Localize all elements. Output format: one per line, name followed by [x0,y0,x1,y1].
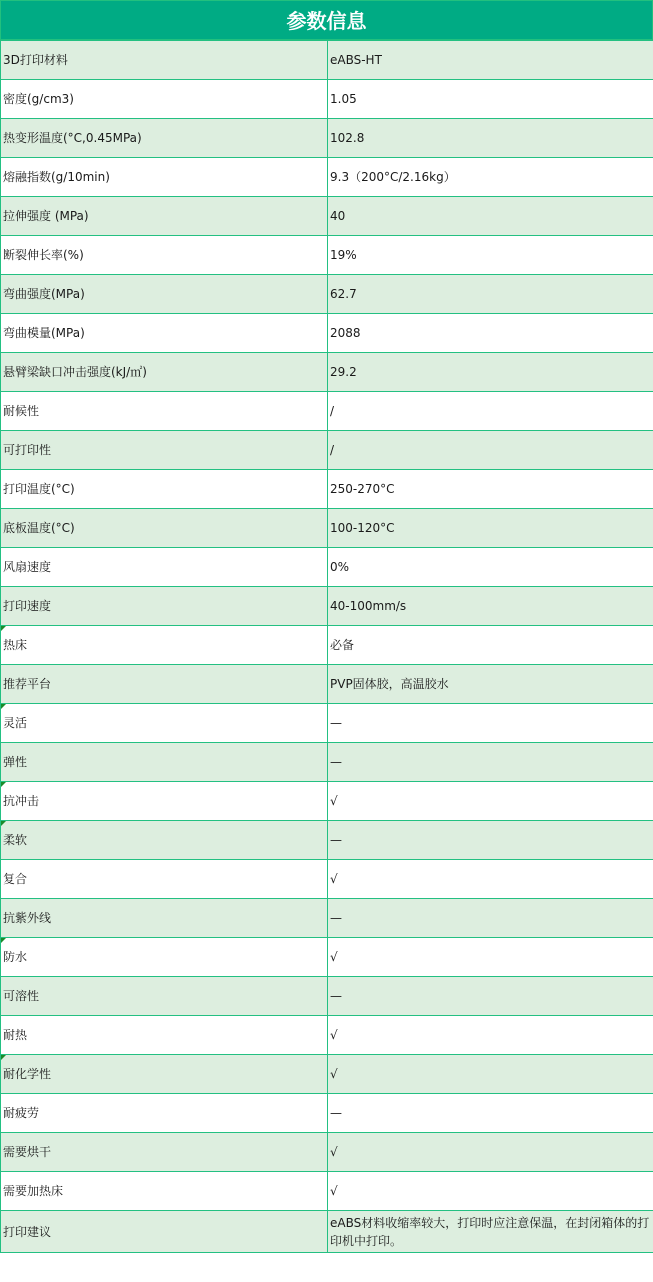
param-value: / [330,443,334,457]
param-name: 柔软 [3,833,27,847]
param-value: 40-100mm/s [330,599,406,613]
param-value: √ [330,950,338,964]
param-value-cell[interactable]: 29.2 [328,353,653,392]
table-row: 拉伸强度 (MPa)40 [1,197,653,236]
param-value-cell[interactable]: 9.3（200°C/2.16kg） [328,158,653,197]
table-row: 底板温度(°C)100-120°C [1,509,653,548]
param-name-cell[interactable]: 打印建议 [1,1211,328,1253]
param-value: — [330,1106,342,1120]
comment-marker-icon [1,626,6,631]
table-row: 柔软— [1,821,653,860]
param-value-cell[interactable]: PVP固体胶，高温胶水 [328,665,653,704]
param-value: √ [330,1067,338,1081]
param-value-cell[interactable]: / [328,431,653,470]
param-name: 打印温度(°C) [3,482,75,496]
param-name: 推荐平台 [3,677,51,691]
param-name: 风扇速度 [3,560,51,574]
param-name: 灵活 [3,716,27,730]
comment-marker-icon [1,938,6,943]
param-value-cell[interactable]: — [328,821,653,860]
param-value-cell[interactable]: √ [328,1133,653,1172]
param-value-cell[interactable]: 19% [328,236,653,275]
param-name-cell[interactable]: 需要加热床 [1,1172,328,1211]
param-value-cell[interactable]: eABS材料收缩率较大，打印时应注意保温，在封闭箱体的打印机中打印。 [328,1211,653,1253]
param-value: 29.2 [330,365,357,379]
table-row: 打印速度40-100mm/s [1,587,653,626]
param-value-cell[interactable]: 40 [328,197,653,236]
table-row: 打印建议eABS材料收缩率较大，打印时应注意保温，在封闭箱体的打印机中打印。 [1,1211,653,1253]
param-value-cell[interactable]: 62.7 [328,275,653,314]
param-name-cell[interactable]: 风扇速度 [1,548,328,587]
table-row: 密度(g/cm3)1.05 [1,80,653,119]
param-value: 19% [330,248,357,262]
param-name-cell[interactable]: 底板温度(°C) [1,509,328,548]
table-row: 热变形温度(°C,0.45MPa)102.8 [1,119,653,158]
param-name: 拉伸强度 (MPa) [3,209,89,223]
param-name-cell[interactable]: 柔软 [1,821,328,860]
param-name: 打印建议 [3,1225,51,1239]
param-value-cell[interactable]: √ [328,1055,653,1094]
param-value: — [330,755,342,769]
param-name: 可溶性 [3,989,39,1003]
table-row: 可打印性/ [1,431,653,470]
param-value-cell[interactable]: eABS-HT [328,41,653,80]
param-name: 弯曲模量(MPa) [3,326,85,340]
table-row: 耐候性/ [1,392,653,431]
param-name: 悬臂梁缺口冲击强度(kJ/㎡) [3,365,147,379]
param-name: 耐疲劳 [3,1106,39,1120]
param-value: 1.05 [330,92,357,106]
param-name: 耐化学性 [3,1067,51,1081]
param-name: 复合 [3,872,27,886]
table-row: 打印温度(°C)250-270°C [1,470,653,509]
param-name-cell[interactable]: 拉伸强度 (MPa) [1,197,328,236]
table-row: 需要加热床√ [1,1172,653,1211]
param-name: 热床 [3,638,27,652]
param-value: — [330,716,342,730]
param-value-cell[interactable]: √ [328,1172,653,1211]
param-value: 62.7 [330,287,357,301]
table-row: 需要烘干√ [1,1133,653,1172]
param-value-cell[interactable]: √ [328,782,653,821]
param-value-cell[interactable]: — [328,743,653,782]
table-row: 复合√ [1,860,653,899]
table-row: 耐热√ [1,1016,653,1055]
table-row: 热床必备 [1,626,653,665]
param-value-cell[interactable]: — [328,1094,653,1133]
comment-marker-icon [1,821,6,826]
table-row: 弹性— [1,743,653,782]
param-value-cell[interactable]: √ [328,860,653,899]
param-name-cell[interactable]: 弯曲强度(MPa) [1,275,328,314]
param-value: 100-120°C [330,521,395,535]
param-name: 需要烘干 [3,1145,51,1159]
param-value-cell[interactable]: √ [328,938,653,977]
param-name-cell[interactable]: 弯曲模量(MPa) [1,314,328,353]
param-name: 断裂伸长率(%) [3,248,84,262]
param-name: 密度(g/cm3) [3,92,74,106]
param-name-cell[interactable]: 推荐平台 [1,665,328,704]
param-value: √ [330,1184,338,1198]
param-name: 熔融指数(g/10min) [3,170,110,184]
parameter-sheet: 参数信息 3D打印材料eABS-HT密度(g/cm3)1.05热变形温度(°C,… [0,0,653,1253]
param-name-cell[interactable]: 熔融指数(g/10min) [1,158,328,197]
table-row: 灵活— [1,704,653,743]
sheet-title: 参数信息 [0,0,653,40]
param-name-cell[interactable]: 热床 [1,626,328,665]
table-row: 3D打印材料eABS-HT [1,41,653,80]
table-row: 弯曲强度(MPa)62.7 [1,275,653,314]
param-value-cell[interactable]: 1.05 [328,80,653,119]
param-value: 9.3（200°C/2.16kg） [330,170,456,184]
param-value-cell[interactable]: — [328,899,653,938]
param-value: 0% [330,560,349,574]
param-name-cell[interactable]: 断裂伸长率(%) [1,236,328,275]
param-name: 弯曲强度(MPa) [3,287,85,301]
param-value: eABS材料收缩率较大，打印时应注意保温，在封闭箱体的打印机中打印。 [330,1216,649,1248]
param-name: 热变形温度(°C,0.45MPa) [3,131,142,145]
param-name-cell[interactable]: 密度(g/cm3) [1,80,328,119]
table-row: 耐化学性√ [1,1055,653,1094]
param-name-cell[interactable]: 3D打印材料 [1,41,328,80]
param-name-cell[interactable]: 热变形温度(°C,0.45MPa) [1,119,328,158]
param-value-cell[interactable]: 40-100mm/s [328,587,653,626]
table-row: 熔融指数(g/10min)9.3（200°C/2.16kg） [1,158,653,197]
param-name-cell[interactable]: 悬臂梁缺口冲击强度(kJ/㎡) [1,353,328,392]
param-value: — [330,989,342,1003]
param-name-cell[interactable]: 复合 [1,860,328,899]
table-row: 防水√ [1,938,653,977]
param-value-cell[interactable]: √ [328,1016,653,1055]
param-name: 打印速度 [3,599,51,613]
table-row: 断裂伸长率(%)19% [1,236,653,275]
param-value-cell[interactable]: 2088 [328,314,653,353]
param-value-cell[interactable]: 0% [328,548,653,587]
param-name: 抗冲击 [3,794,39,808]
param-value-cell[interactable]: / [328,392,653,431]
param-value: √ [330,872,338,886]
param-name-cell[interactable]: 可打印性 [1,431,328,470]
param-name: 3D打印材料 [3,53,68,67]
param-name-cell[interactable]: 灵活 [1,704,328,743]
param-value: 2088 [330,326,361,340]
param-name: 弹性 [3,755,27,769]
param-value-cell[interactable]: 必备 [328,626,653,665]
param-value: √ [330,794,338,808]
param-name-cell[interactable]: 耐化学性 [1,1055,328,1094]
comment-marker-icon [1,704,6,709]
param-name: 底板温度(°C) [3,521,75,535]
param-name-cell[interactable]: 抗紫外线 [1,899,328,938]
param-value: 40 [330,209,345,223]
param-name: 可打印性 [3,443,51,457]
param-value: 250-270°C [330,482,395,496]
table-row: 耐疲劳— [1,1094,653,1133]
param-value: 必备 [330,638,354,652]
parameter-table: 3D打印材料eABS-HT密度(g/cm3)1.05热变形温度(°C,0.45M… [0,40,653,1253]
table-row: 风扇速度0% [1,548,653,587]
param-name: 耐候性 [3,404,39,418]
param-value: √ [330,1145,338,1159]
param-name-cell[interactable]: 可溶性 [1,977,328,1016]
param-value-cell[interactable]: — [328,704,653,743]
param-name-cell[interactable]: 弹性 [1,743,328,782]
param-name-cell[interactable]: 耐热 [1,1016,328,1055]
param-name-cell[interactable]: 耐候性 [1,392,328,431]
param-value: — [330,833,342,847]
table-row: 悬臂梁缺口冲击强度(kJ/㎡)29.2 [1,353,653,392]
param-name-cell[interactable]: 需要烘干 [1,1133,328,1172]
comment-marker-icon [1,1055,6,1060]
param-value: eABS-HT [330,53,382,67]
param-value-cell[interactable]: 250-270°C [328,470,653,509]
param-value: / [330,404,334,418]
param-value-cell[interactable]: — [328,977,653,1016]
param-name-cell[interactable]: 打印速度 [1,587,328,626]
param-value: — [330,911,342,925]
param-name: 需要加热床 [3,1184,63,1198]
param-value: √ [330,1028,338,1042]
param-value: 102.8 [330,131,364,145]
param-name-cell[interactable]: 打印温度(°C) [1,470,328,509]
param-name: 防水 [3,950,27,964]
table-row: 抗紫外线— [1,899,653,938]
param-value-cell[interactable]: 102.8 [328,119,653,158]
comment-marker-icon [1,782,6,787]
param-name: 抗紫外线 [3,911,51,925]
param-name-cell[interactable]: 耐疲劳 [1,1094,328,1133]
param-value-cell[interactable]: 100-120°C [328,509,653,548]
table-row: 弯曲模量(MPa)2088 [1,314,653,353]
table-row: 抗冲击√ [1,782,653,821]
table-row: 推荐平台PVP固体胶，高温胶水 [1,665,653,704]
param-name-cell[interactable]: 抗冲击 [1,782,328,821]
param-name: 耐热 [3,1028,27,1042]
param-value: PVP固体胶，高温胶水 [330,677,449,691]
param-name-cell[interactable]: 防水 [1,938,328,977]
table-row: 可溶性— [1,977,653,1016]
